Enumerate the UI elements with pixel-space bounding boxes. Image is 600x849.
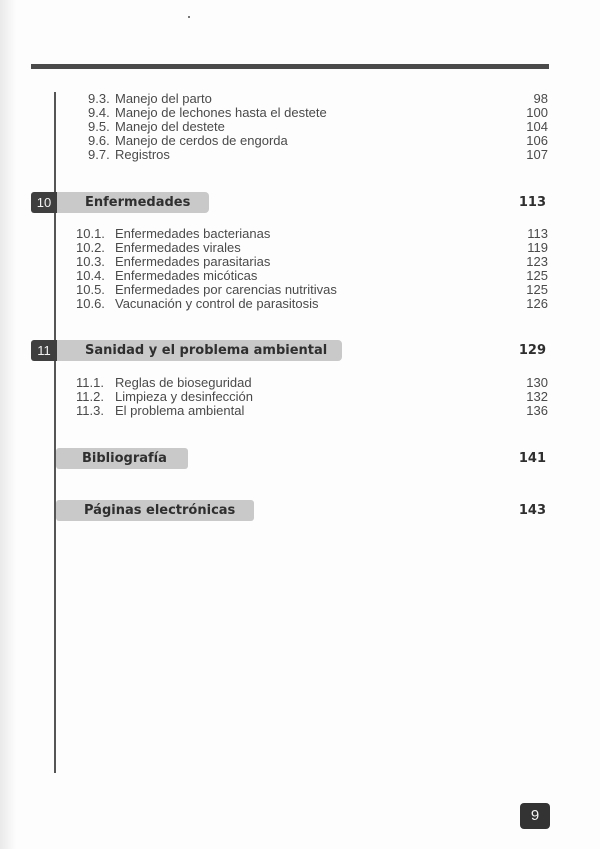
section-page: 104 [526, 120, 548, 134]
toc-entry[interactable]: 10.4. Enfermedades micóticas 125 [0, 269, 600, 283]
chapter-page: 129 [519, 340, 546, 361]
section-number: 11.2. [76, 390, 104, 404]
toc-entry[interactable]: 11.1. Reglas de bioseguridad 130 [0, 376, 600, 390]
section-page: 113 [527, 227, 548, 241]
section-title: Enfermedades micóticas [115, 269, 257, 283]
section-number: 10.6. [76, 297, 105, 311]
section-number: 9.5. [88, 120, 110, 134]
section-page: 130 [526, 376, 548, 390]
toc-entry[interactable]: 10.6. Vacunación y control de parasitosi… [0, 297, 600, 311]
section-number: 11.1. [76, 376, 104, 390]
back-matter-page: 143 [519, 500, 546, 521]
section-number: 11.3. [76, 404, 104, 418]
section-page: 106 [526, 134, 548, 148]
chapter-title: Sanidad y el problema ambiental [57, 340, 342, 361]
section-title: Manejo de cerdos de engorda [115, 134, 288, 148]
chapter-title: Enfermedades [57, 192, 209, 213]
section-number: 9.4. [88, 106, 110, 120]
section-title: Registros [115, 148, 170, 162]
section-number: 10.1. [76, 227, 105, 241]
page-number-badge: 9 [520, 803, 550, 829]
section-number: 9.6. [88, 134, 110, 148]
section-title: Manejo de lechones hasta el destete [115, 106, 327, 120]
chapter-page: 113 [519, 192, 546, 213]
section-number: 9.7. [88, 148, 110, 162]
section-page: 125 [526, 283, 548, 297]
section-number: 10.3. [76, 255, 105, 269]
section-number: 10.4. [76, 269, 105, 283]
section-title: Manejo del parto [115, 92, 212, 106]
toc-entry[interactable]: 10.2. Enfermedades virales 119 [0, 241, 600, 255]
section-title: Enfermedades por carencias nutritivas [115, 283, 337, 297]
section-title: Limpieza y desinfección [115, 390, 253, 404]
back-matter-title: Bibliografía [56, 448, 188, 469]
section-title: Enfermedades bacterianas [115, 227, 270, 241]
toc-entry[interactable]: 10.3. Enfermedades parasitarias 123 [0, 255, 600, 269]
section-page: 126 [526, 297, 548, 311]
section-number: 9.3. [88, 92, 110, 106]
section-page: 123 [526, 255, 548, 269]
toc-entry[interactable]: 9.3. Manejo del parto 98 [0, 92, 600, 106]
scan-speck [188, 16, 190, 18]
section-page: 107 [526, 148, 548, 162]
chapter-number-badge: 11 [31, 340, 57, 361]
toc-entry[interactable]: 10.1. Enfermedades bacterianas 113 [0, 227, 600, 241]
section-title: Enfermedades parasitarias [115, 255, 270, 269]
toc-entry[interactable]: 11.2. Limpieza y desinfección 132 [0, 390, 600, 404]
section-number: 10.2. [76, 241, 105, 255]
back-matter-title: Páginas electrónicas [56, 500, 254, 521]
toc-entry[interactable]: 9.6. Manejo de cerdos de engorda 106 [0, 134, 600, 148]
toc-entry[interactable]: 10.5. Enfermedades por carencias nutriti… [0, 283, 600, 297]
section-title: El problema ambiental [115, 404, 244, 418]
back-matter-page: 141 [519, 448, 546, 469]
toc-entry[interactable]: 11.3. El problema ambiental 136 [0, 404, 600, 418]
section-title: Enfermedades virales [115, 241, 241, 255]
section-title: Reglas de bioseguridad [115, 376, 252, 390]
header-rule [31, 64, 549, 69]
section-page: 132 [526, 390, 548, 404]
toc-entry[interactable]: 9.7. Registros 107 [0, 148, 600, 162]
toc-entry[interactable]: 9.4. Manejo de lechones hasta el destete… [0, 106, 600, 120]
section-number: 10.5. [76, 283, 105, 297]
toc-chapter-10[interactable]: 10 Enfermedades 113 [0, 192, 600, 214]
section-title: Manejo del destete [115, 120, 225, 134]
section-page: 98 [534, 92, 548, 106]
section-page: 125 [526, 269, 548, 283]
toc-paginas-electronicas[interactable]: Páginas electrónicas 143 [0, 500, 600, 522]
section-page: 136 [526, 404, 548, 418]
section-page: 100 [526, 106, 548, 120]
chapter-number-badge: 10 [31, 192, 57, 213]
toc-bibliografia[interactable]: Bibliografía 141 [0, 448, 600, 470]
section-page: 119 [527, 241, 548, 255]
toc-chapter-11[interactable]: 11 Sanidad y el problema ambiental 129 [0, 340, 600, 362]
toc-entry[interactable]: 9.5. Manejo del destete 104 [0, 120, 600, 134]
section-title: Vacunación y control de parasitosis [115, 297, 319, 311]
